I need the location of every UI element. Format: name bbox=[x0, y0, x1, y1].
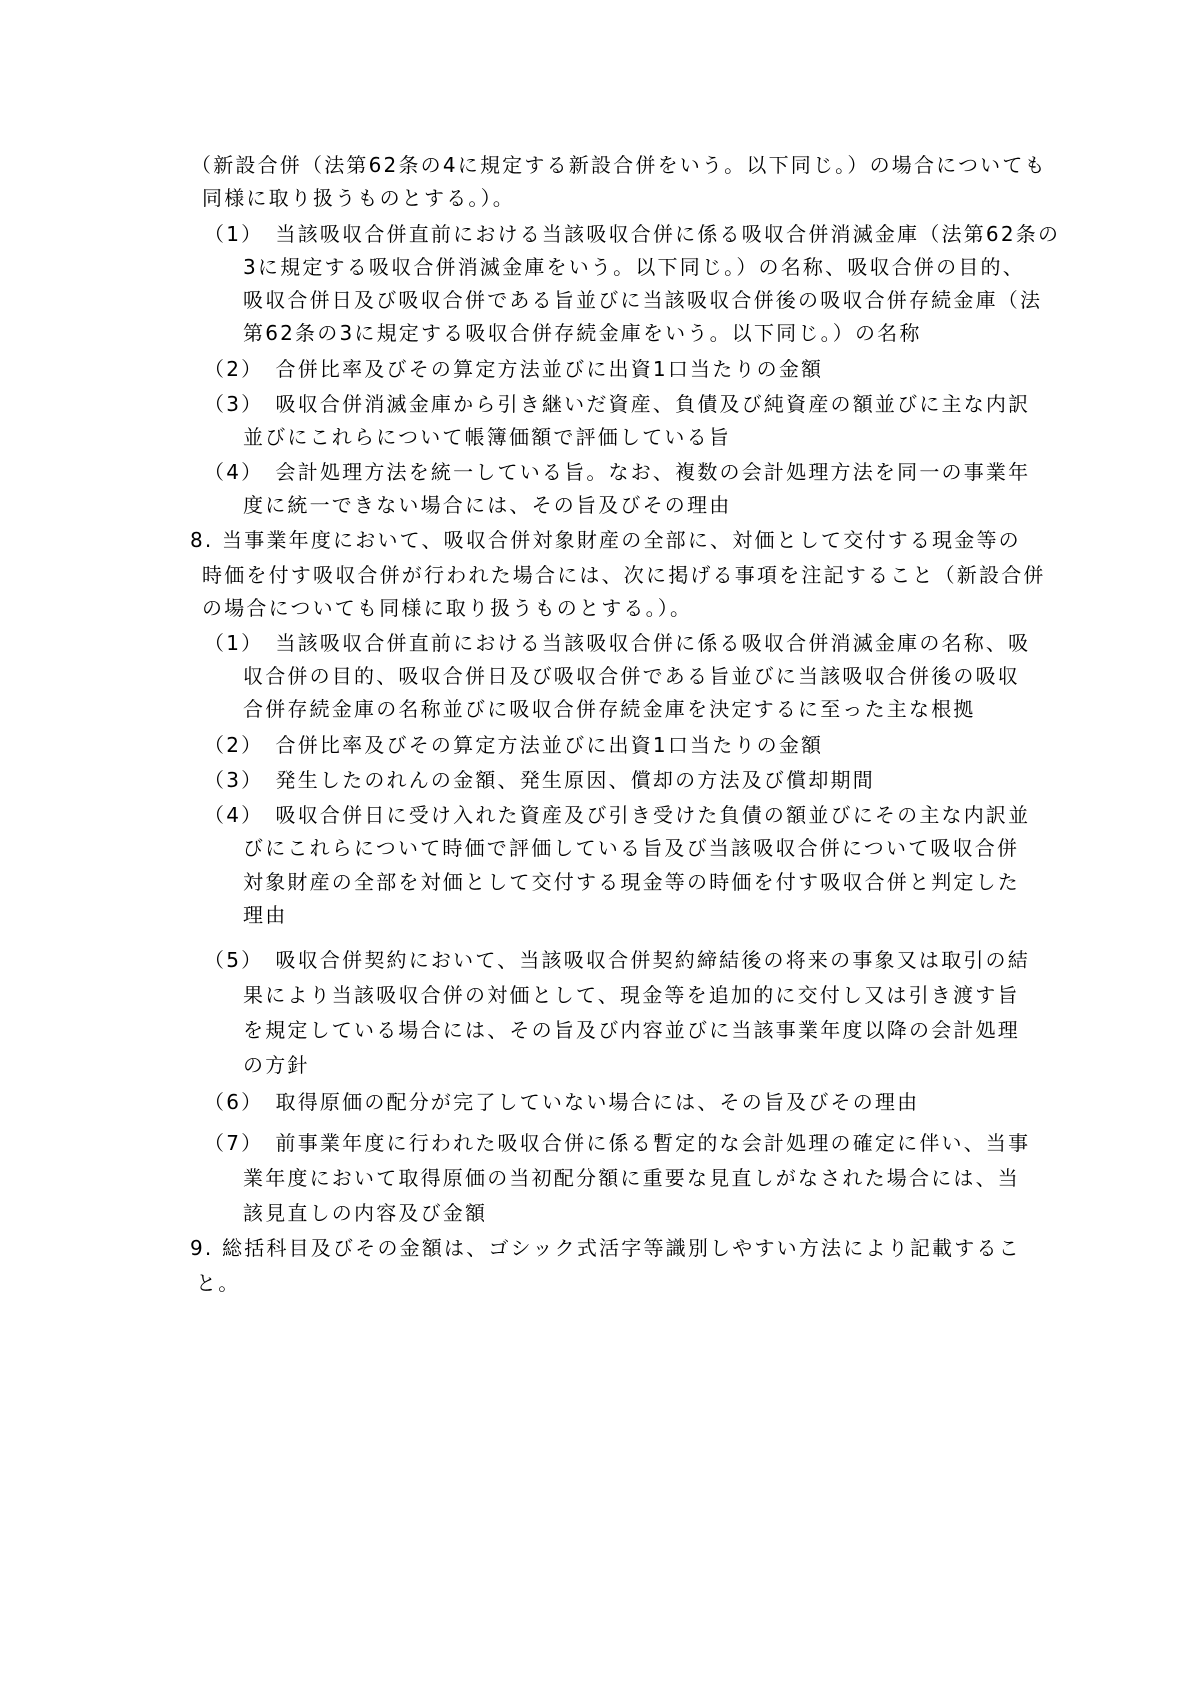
item-8-4-line-1: （4） 吸収合併日に受け入れた資産及び引き受けた負債の額並びにその主な内訳並 bbox=[204, 803, 1030, 827]
item-8-4-line-3: 対象財産の全部を対価として交付する現金等の時価を付す吸収合併と判定した bbox=[243, 870, 1020, 894]
item-8-2-line-1: （2） 合併比率及びその算定方法並びに出資1口当たりの金額 bbox=[204, 733, 823, 757]
document-page: （新設合併（法第62条の4に規定する新設合併をいう。以下同じ。）の場合についても… bbox=[0, 0, 1181, 1695]
item-8-7-line-3: 該見直しの内容及び金額 bbox=[243, 1201, 487, 1225]
item-7-2-line-1: （2） 合併比率及びその算定方法並びに出資1口当たりの金額 bbox=[204, 357, 823, 381]
paragraph-9-line-2: と。 bbox=[196, 1271, 240, 1295]
paragraph-8-line-1: 8. 当事業年度において、吸収合併対象財産の全部に、対価として交付する現金等の bbox=[190, 528, 1021, 552]
item-8-4-line-4: 理由 bbox=[243, 903, 287, 927]
item-7-1-line-3: 吸収合併日及び吸収合併である旨並びに当該吸収合併後の吸収合併存続金庫（法 bbox=[243, 288, 1042, 312]
item-8-5-line-3: を規定している場合には、その旨及び内容並びに当該事業年度以降の会計処理 bbox=[243, 1018, 1020, 1042]
paragraph-9-line-1: 9. 総括科目及びその金額は、ゴシック式活字等識別しやすい方法により記載するこ bbox=[190, 1236, 1021, 1260]
item-8-5-line-2: 果により当該吸収合併の対価として、現金等を追加的に交付し又は引き渡す旨 bbox=[243, 983, 1020, 1007]
item-8-7-line-2: 業年度において取得原価の当初配分額に重要な見直しがなされた場合には、当 bbox=[243, 1166, 1020, 1190]
item-8-1-line-2: 収合併の目的、吸収合併日及び吸収合併である旨並びに当該吸収合併後の吸収 bbox=[243, 664, 1020, 688]
item-8-3-line-1: （3） 発生したのれんの金額、発生原因、償却の方法及び償却期間 bbox=[204, 768, 875, 792]
item-8-5-line-4: の方針 bbox=[243, 1053, 310, 1077]
item-8-4-line-2: びにこれらについて時価で評価している旨及び当該吸収合併について吸収合併 bbox=[243, 836, 1019, 860]
item-8-6-line-1: （6） 取得原価の配分が完了していない場合には、その旨及びその理由 bbox=[204, 1090, 919, 1114]
item-8-1-line-1: （1） 当該吸収合併直前における当該吸収合併に係る吸収合併消滅金庫の名称、吸 bbox=[204, 631, 1030, 655]
paragraph-8-line-3: の場合についても同様に取り扱うものとする。）。 bbox=[202, 596, 692, 620]
paragraph-7-continuation-line-2: 同様に取り扱うものとする。）。 bbox=[202, 186, 515, 210]
item-7-4-line-2: 度に統一できない場合には、その旨及びその理由 bbox=[243, 493, 731, 517]
item-7-4-line-1: （4） 会計処理方法を統一している旨。なお、複数の会計処理方法を同一の事業年 bbox=[204, 460, 1030, 484]
paragraph-8-line-2: 時価を付す吸収合併が行われた場合には、次に掲げる事項を注記すること（新設合併 bbox=[202, 563, 1046, 587]
item-7-1-line-2: 3に規定する吸収合併消滅金庫をいう。以下同じ。）の名称、吸収合併の目的、 bbox=[243, 255, 1025, 279]
item-7-3-line-2: 並びにこれらについて帳簿価額で評価している旨 bbox=[243, 425, 731, 449]
item-8-1-line-3: 合併存続金庫の名称並びに吸収合併存続金庫を決定するに至った主な根拠 bbox=[243, 697, 976, 721]
item-7-1-line-4: 第62条の3に規定する吸収合併存続金庫をいう。以下同じ。）の名称 bbox=[243, 321, 922, 345]
item-7-1-line-1: （1） 当該吸収合併直前における当該吸収合併に係る吸収合併消滅金庫（法第62条の bbox=[204, 222, 1060, 246]
item-7-3-line-1: （3） 吸収合併消滅金庫から引き継いだ資産、負債及び純資産の額並びに主な内訳 bbox=[204, 392, 1030, 416]
item-8-7-line-1: （7） 前事業年度に行われた吸収合併に係る暫定的な会計処理の確定に伴い、当事 bbox=[204, 1131, 1030, 1155]
item-8-5-line-1: （5） 吸収合併契約において、当該吸収合併契約締結後の将来の事象又は取引の結 bbox=[204, 948, 1030, 972]
paragraph-7-continuation-line-1: （新設合併（法第62条の4に規定する新設合併をいう。以下同じ。）の場合についても bbox=[191, 153, 1047, 177]
